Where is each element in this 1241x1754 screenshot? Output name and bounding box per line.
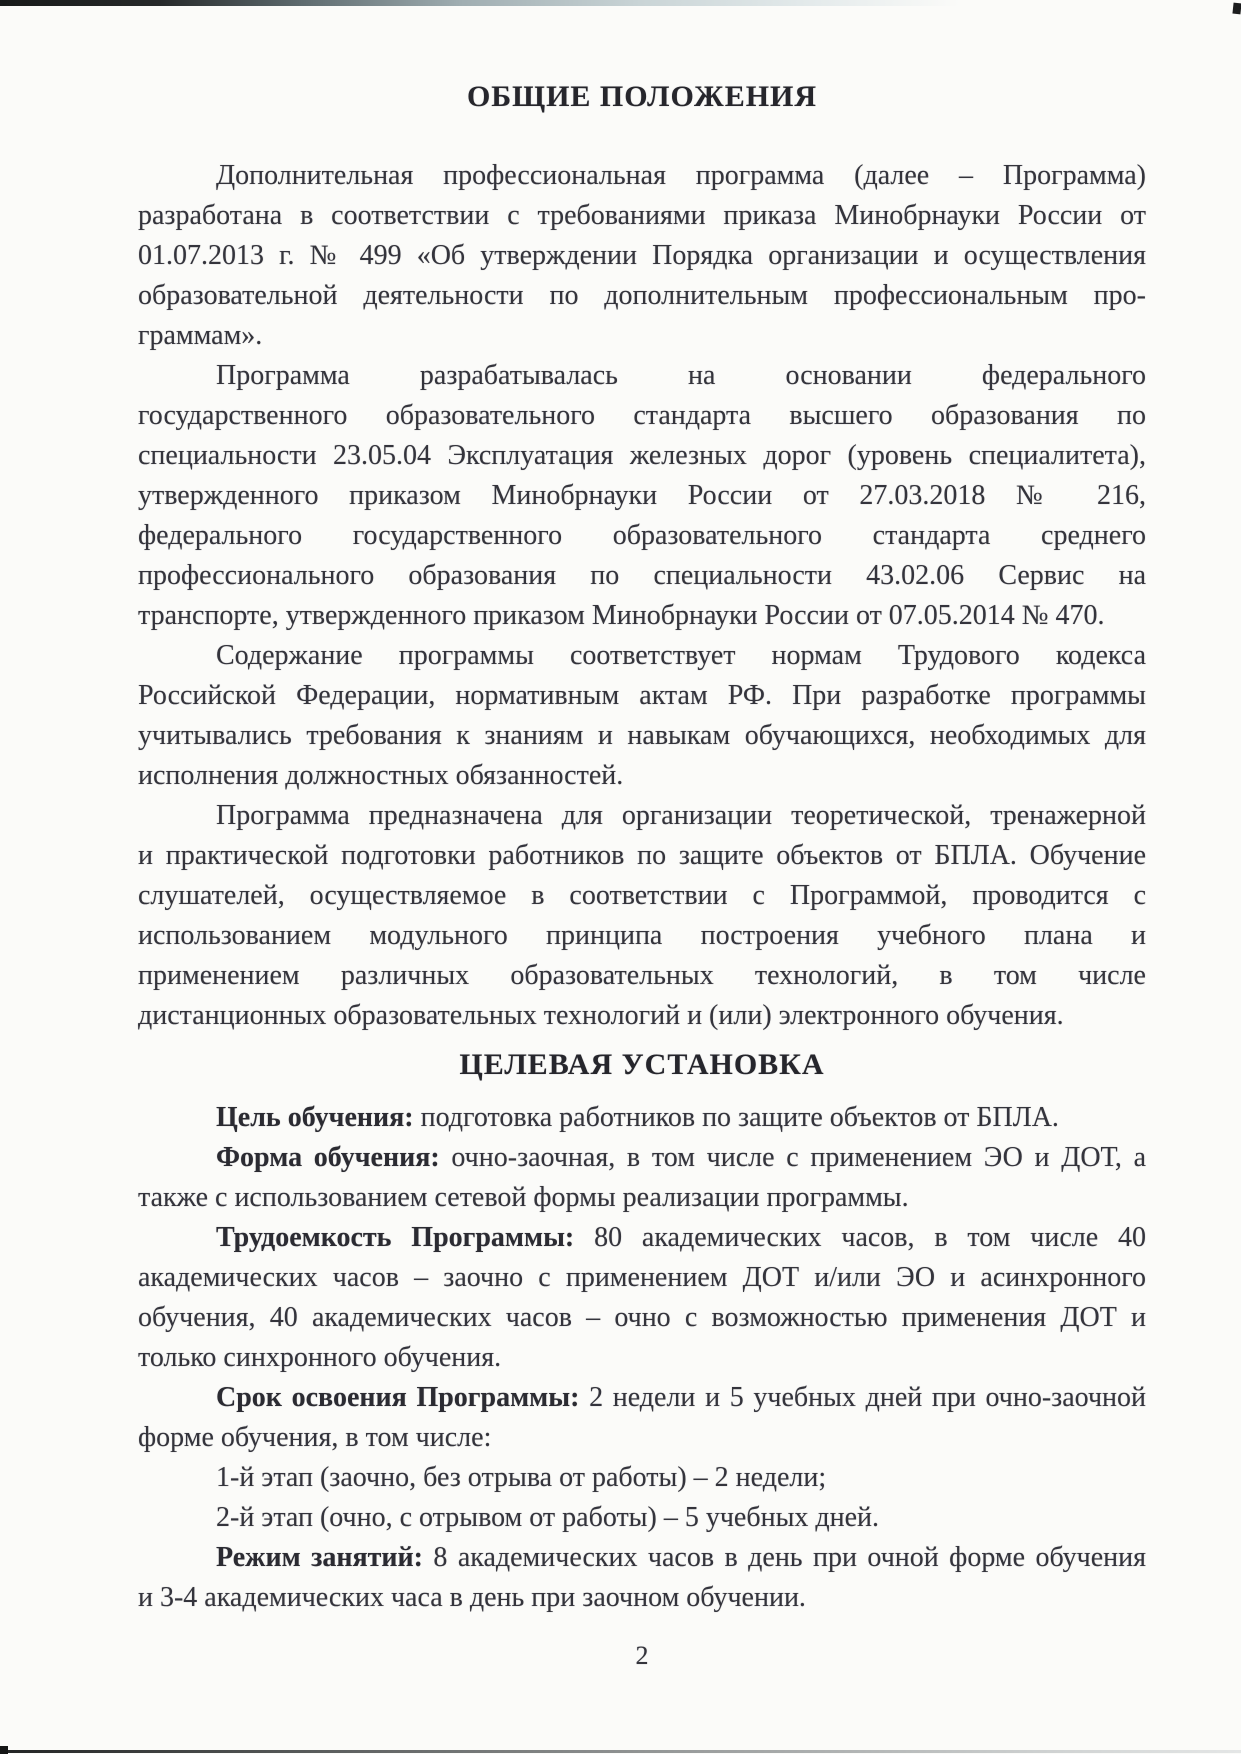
text-line: Программа предназначена для организации … xyxy=(138,796,1146,836)
field-value-goal: подготовка работников по защите объектов… xyxy=(414,1102,1059,1133)
text-line: разработана в соответствии с требованиям… xyxy=(138,196,1146,236)
heading-general-provisions: ОБЩИЕ ПОЛОЖЕНИЯ xyxy=(138,82,1146,112)
text-line: 1-й этап (заочно, без отрыва от работы) … xyxy=(138,1458,1146,1498)
text-line: исполнения должностных обязанностей. xyxy=(138,756,1146,796)
text-line: Дополнительная профессиональная программ… xyxy=(138,156,1146,196)
text-line: 2-й этап (очно, с отрывом от работы) – 5… xyxy=(138,1498,1146,1538)
document-text-block: ОБЩИЕ ПОЛОЖЕНИЯ Дополнительная профессио… xyxy=(138,82,1146,1671)
field-label-goal: Цель обучения: xyxy=(216,1102,414,1133)
text-line: только синхронного обучения. xyxy=(138,1338,1146,1378)
text-line: федерального государственного образовате… xyxy=(138,516,1146,556)
scanned-document-page: ОБЩИЕ ПОЛОЖЕНИЯ Дополнительная профессио… xyxy=(0,0,1241,1754)
heading-goal-setting: ЦЕЛЕВАЯ УСТАНОВКА xyxy=(138,1050,1146,1080)
field-value-schedule: 8 академических часов в день при очной ф… xyxy=(423,1542,1146,1573)
field-label-schedule: Режим занятий: xyxy=(216,1542,423,1573)
text-line: использованием модульного принципа постр… xyxy=(138,916,1146,956)
text-line: и 3-4 академических часа в день при заоч… xyxy=(138,1578,1146,1618)
text-line: 01.07.2013 г. № 499 «Об утверждении Поря… xyxy=(138,236,1146,276)
text-line: обучения, 40 академических часов – очно … xyxy=(138,1298,1146,1338)
field-label-duration: Срок освоения Программы: xyxy=(216,1382,579,1413)
text-line: слушателей, осуществляемое в соответстви… xyxy=(138,876,1146,916)
paragraph-intro: Дополнительная профессиональная программ… xyxy=(138,156,1146,356)
paragraph-duration: Срок освоения Программы: 2 недели и 5 уч… xyxy=(138,1378,1146,1458)
text-line: применением различных образовательных те… xyxy=(138,956,1146,996)
page-number: 2 xyxy=(138,1641,1146,1671)
paragraph-basis: Программа разрабатывалась на основании ф… xyxy=(138,356,1146,636)
scan-artifact-bottom-edge xyxy=(0,1750,1241,1753)
field-value-workload: 80 академических часов, в том числе 40 xyxy=(574,1222,1146,1253)
text-line: Форма обучения: очно-заочная, в том числ… xyxy=(138,1138,1146,1178)
text-line: Срок освоения Программы: 2 недели и 5 уч… xyxy=(138,1378,1146,1418)
text-line: государственного образовательного станда… xyxy=(138,396,1146,436)
text-line: образовательной деятельности по дополнит… xyxy=(138,276,1146,316)
paragraph-goal: Цель обучения: подготовка работников по … xyxy=(138,1098,1146,1138)
paragraph-workload: Трудоемкость Программы: 80 академических… xyxy=(138,1218,1146,1378)
text-line: учитывались требования к знаниям и навык… xyxy=(138,716,1146,756)
paragraph-stage1: 1-й этап (заочно, без отрыва от работы) … xyxy=(138,1458,1146,1498)
text-line: граммам». xyxy=(138,316,1146,356)
text-line: также с использованием сетевой формы реа… xyxy=(138,1178,1146,1218)
paragraph-content-compliance: Содержание программы соответствует норма… xyxy=(138,636,1146,796)
text-line: профессионального образования по специал… xyxy=(138,556,1146,596)
text-line: Содержание программы соответствует норма… xyxy=(138,636,1146,676)
text-line: дистанционных образовательных технологий… xyxy=(138,996,1146,1036)
paragraph-form: Форма обучения: очно-заочная, в том числ… xyxy=(138,1138,1146,1218)
paragraph-schedule: Режим занятий: 8 академических часов в д… xyxy=(138,1538,1146,1618)
field-label-form: Форма обучения: xyxy=(216,1142,440,1173)
text-line: Трудоемкость Программы: 80 академических… xyxy=(138,1218,1146,1258)
field-value-form: очно-заочная, в том числе с применением … xyxy=(440,1142,1146,1173)
field-value-duration: 2 недели и 5 учебных дней при очно-заочн… xyxy=(579,1382,1146,1413)
text-line: академических часов – заочно с применени… xyxy=(138,1258,1146,1298)
text-line: Цель обучения: подготовка работников по … xyxy=(138,1098,1146,1138)
text-line: Режим занятий: 8 академических часов в д… xyxy=(138,1538,1146,1578)
text-line: утвержденного приказом Минобрнауки Росси… xyxy=(138,476,1146,516)
scan-artifact-bottom-left-mark xyxy=(0,1746,8,1754)
paragraph-stage2: 2-й этап (очно, с отрывом от работы) – 5… xyxy=(138,1498,1146,1538)
text-line: Российской Федерации, нормативным актам … xyxy=(138,676,1146,716)
text-line: специальности 23.05.04 Эксплуатация желе… xyxy=(138,436,1146,476)
text-line: форме обучения, в том числе: xyxy=(138,1418,1146,1458)
scan-artifact-top-edge xyxy=(0,0,960,6)
scan-artifact-top-right-mark xyxy=(1232,3,1241,15)
text-line: Программа разрабатывалась на основании ф… xyxy=(138,356,1146,396)
field-label-workload: Трудоемкость Программы: xyxy=(216,1222,574,1253)
text-line: и практической подготовки работников по … xyxy=(138,836,1146,876)
text-line: транспорте, утвержденного приказом Миноб… xyxy=(138,596,1146,636)
paragraph-purpose: Программа предназначена для организации … xyxy=(138,796,1146,1036)
